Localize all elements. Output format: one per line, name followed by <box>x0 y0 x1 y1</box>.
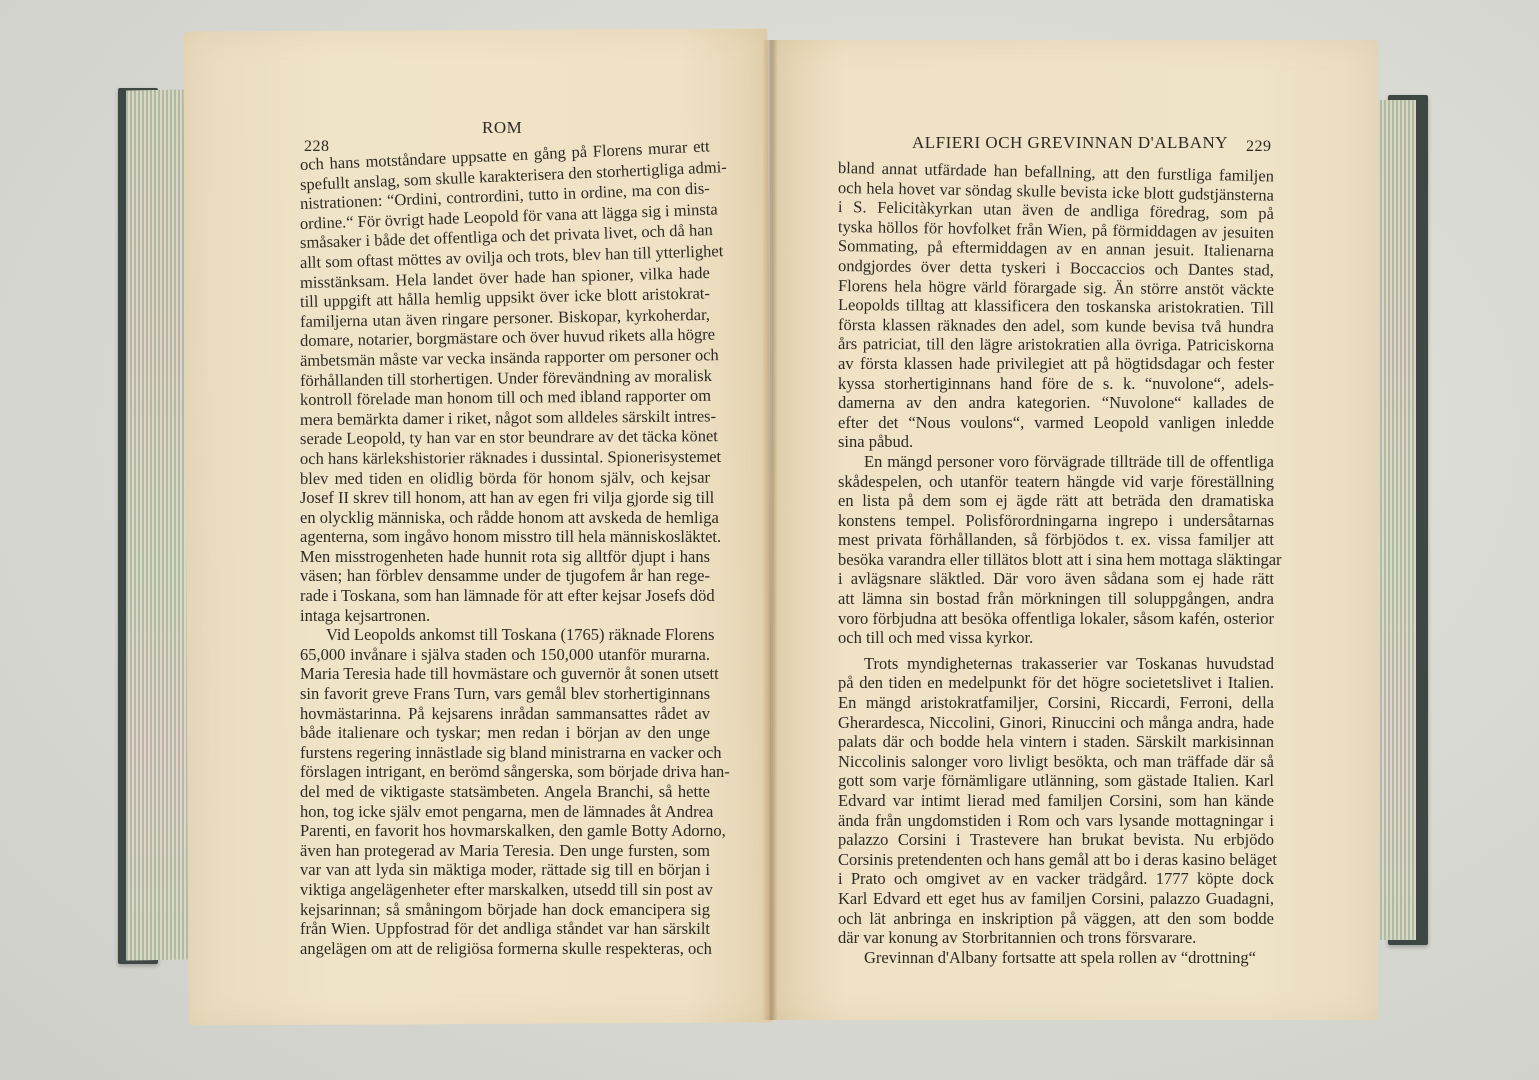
text-line: konstens tempel. Polisförordningarna ing… <box>838 511 1274 531</box>
text-line: Josef II skrev till honom, att han av eg… <box>300 488 710 508</box>
text-line: del med de viktigaste statsämbeten. Ange… <box>300 782 710 802</box>
text-line: på den tiden en medelpunkt för det högre… <box>838 673 1274 693</box>
paragraph-start: Grevinnan d'Albany fortsatte att spela r… <box>838 948 1274 968</box>
text-line: och lät anbringa en inskription på vägge… <box>838 909 1274 929</box>
text-line: var van att lyda sin mäktiga moder, rätt… <box>300 860 710 880</box>
paragraph-start: Trots myndigheternas trakasserier var To… <box>838 654 1274 674</box>
text-line: gott som varje förnämligare utlänning, s… <box>838 771 1274 791</box>
text-line: både italienare och tyskar; men redan i … <box>300 723 710 743</box>
text-line: Karl Edvard ett eget hus av familjen Cor… <box>838 889 1274 909</box>
marbled-page-edge-left <box>126 89 188 960</box>
text-line: besöka varandra eller tillätos blott att… <box>838 550 1274 570</box>
text-line: intaga kejsartronen. <box>300 606 710 626</box>
text-line: mest privata förhållanden, så förbjödos … <box>838 530 1274 550</box>
text-line: efter det “Nous voulons“, varmed Leopold… <box>838 413 1274 433</box>
text-line: angelägen om att de religiösa formerna s… <box>300 939 710 959</box>
text-line: en lista på dem som ej ägde rätt att bet… <box>838 491 1274 511</box>
text-line: palats där och bodde hela vintern i stad… <box>838 732 1274 752</box>
text-line: från Wien. Uppfostrad för det andliga st… <box>300 919 710 939</box>
text-line: väsen; han förblev densamme under de tju… <box>300 566 710 586</box>
text-line: ända från ungdomstiden i Rom och vars ly… <box>838 811 1274 831</box>
text-line: och till och med vissa kyrkor. <box>838 628 1274 648</box>
text-line: skådespelen, och utanför teatern hängde … <box>838 472 1274 492</box>
right-page-body: bland annat utfärdade han befallning, at… <box>838 158 1274 967</box>
paragraph-start: Vid Leopolds ankomst till Toskana (1765)… <box>300 625 710 645</box>
text-line: furstens regering innästlade sig bland m… <box>300 743 710 763</box>
text-line: hovmästarinna. På kejsarens inrådan samm… <box>300 704 710 724</box>
text-line: serade Leopold, ty han var en stor beund… <box>300 426 710 448</box>
marbled-page-edge-right <box>1372 100 1416 940</box>
paragraph-start: En mängd personer voro förvägrade tilltr… <box>838 452 1274 472</box>
text-line: viktiga angelägenheter efter marskalken,… <box>300 880 710 900</box>
text-line: att lämna sin bostad från mörkningen til… <box>838 589 1274 609</box>
left-page-body: och hans motståndare uppsatte en gång på… <box>300 155 710 958</box>
text-line: Corsinis pretendenten och hans gemål att… <box>838 850 1274 870</box>
text-line: hon, tog icke själv emot pengarna, men d… <box>300 802 710 822</box>
text-line: palazzo Corsini i Trastevere han brukat … <box>838 830 1274 850</box>
text-line: Gherardesca, Niccolini, Ginori, Rinuccin… <box>838 713 1274 733</box>
text-line: förslagen intrigant, en berömd sångerska… <box>300 762 710 782</box>
running-head-right: ALFIERI OCH GREVINNAN D'ALBANY <box>912 133 1228 153</box>
text-line: damerna av den andra kategorien. “Nuvolo… <box>838 393 1274 413</box>
text-line: agenterna, som ingåvo honom misstro till… <box>300 527 710 547</box>
text-line: års patriciat, till den lägre aristokrat… <box>838 334 1274 355</box>
text-line: En mängd aristokratfamiljer, Corsini, Ri… <box>838 693 1274 713</box>
text-line: kejsarinnan; så småningom började han do… <box>300 900 710 920</box>
text-line: även han protegerad av Maria Teresia. De… <box>300 841 710 861</box>
text-line: blev med tiden en olidlig börda för hono… <box>300 467 710 488</box>
text-line: sina påbud. <box>838 432 1274 452</box>
page-number-right: 229 <box>1246 138 1272 156</box>
text-line: rade i Toskana, som han lämnade för att … <box>300 586 710 606</box>
text-line: i Prato och omgivet av en vacker trädgår… <box>838 869 1274 889</box>
text-line: i avlägsnare släktled. Där voro även såd… <box>838 569 1274 589</box>
text-line: en olycklig människa, och rådde honom at… <box>300 508 710 528</box>
text-line: 65,000 invånare i själva staden och 150,… <box>300 645 710 665</box>
text-line: Niccolinis salonger voro livligt besökta… <box>838 752 1274 772</box>
text-line: voro förbjudna att besöka offentliga lok… <box>838 609 1274 629</box>
text-line: Edvard var intimt lierad med familjen Co… <box>838 791 1274 811</box>
text-line: Men misstrogenheten hade hunnit rota sig… <box>300 547 710 567</box>
text-line: där var konung av Storbritannien och tro… <box>838 928 1274 948</box>
text-line: Parenti, en favorit hos hovmarskalken, d… <box>300 821 710 841</box>
text-line: av första klassen hade privilegiet att p… <box>838 354 1274 374</box>
text-line: Maria Teresia hade till hovmästare och g… <box>300 664 710 684</box>
text-line: sin favorit greve Frans Turn, vars gemål… <box>300 684 710 704</box>
book-gutter <box>762 40 778 1020</box>
text-line: kyssa storhertiginnans hand före de s. k… <box>838 374 1274 394</box>
running-head-left: ROM <box>482 118 522 138</box>
text-line: och hans kärlekshistorier räknades i dus… <box>300 447 710 469</box>
